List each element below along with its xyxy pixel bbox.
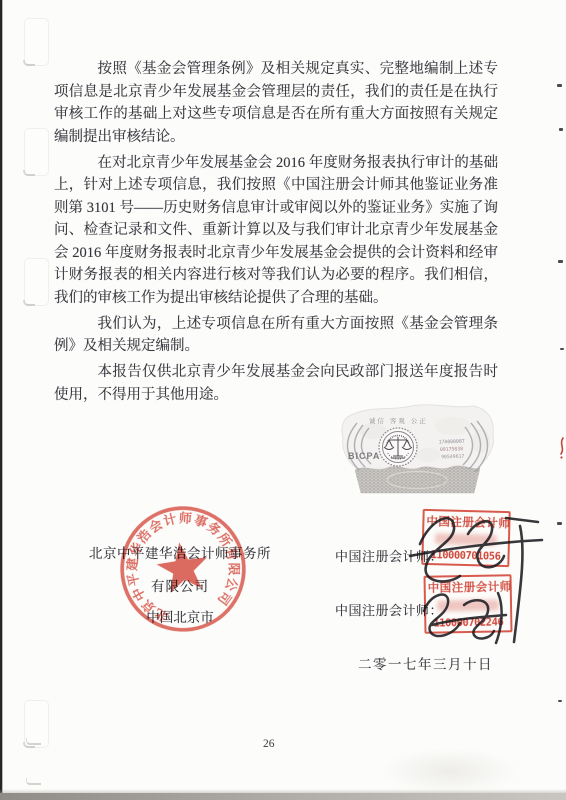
svg-text:17A000087: 17A000087 [439,439,465,446]
binding-mark [26,778,41,785]
scan-speck [557,84,562,87]
firm-round-seal: 北京中平建华浩会计师事务所有限公司 [108,494,257,643]
svg-text:09175838: 09175838 [440,446,463,453]
scan-speck [557,522,562,525]
scan-edge-bottom [0,793,566,800]
red-pen-mark [556,436,566,460]
binding-hole [24,18,49,66]
report-date: 二零一七年三月十日 [358,653,493,673]
paragraph-responsibility: 按照《基金会管理条例》及相关规定真实、完整地编制上述专项信息是北京青少年发展基金… [54,58,498,148]
seal-star [154,539,211,594]
binding-hole [24,128,49,176]
scan-speck [558,260,563,263]
scan-blotch [380,748,520,794]
scan-speck [559,128,563,131]
svg-text:90549617: 90549617 [441,454,464,461]
sticker-serials: 17A000087 09175838 90549617 [439,439,466,461]
binding-mark [26,738,41,745]
scan-speck [558,700,562,702]
paragraph-usage-restriction: 本报告仅供北京青少年发展基金会向民政部门报送年度报告时使用，不得用于其他用途。 [54,361,498,406]
paragraph-conclusion: 我们认为，上述专项信息在所有重大方面按照《基金会管理条例》及相关规定编制。 [54,313,498,358]
page-number: 26 [263,738,275,750]
report-body-text: 按照《基金会管理条例》及相关规定真实、完整地编制上述专项信息是北京青少年发展基金… [54,58,498,410]
scan-speck [560,348,564,350]
cpa-signature-2 [410,577,525,651]
paragraph-procedures: 在对北京青少年发展基金会 2016 年度财务报表执行审计的基础上，针对上述专项信… [54,152,498,310]
scanned-audit-report-page: 按照《基金会管理条例》及相关规定真实、完整地编制上述专项信息是北京青少年发展基金… [0,0,566,800]
sticker-motto: 诚信 客观 公正 [369,416,428,425]
scan-edge-left-soft [2,0,3,800]
binding-hole [24,258,49,306]
bicpa-hologram-sticker: 诚信 客观 公正 BICPA 17A000087 09175838 905496… [333,401,503,501]
scales-emblem [379,428,417,466]
bicpa-label: BICPA [348,451,380,461]
